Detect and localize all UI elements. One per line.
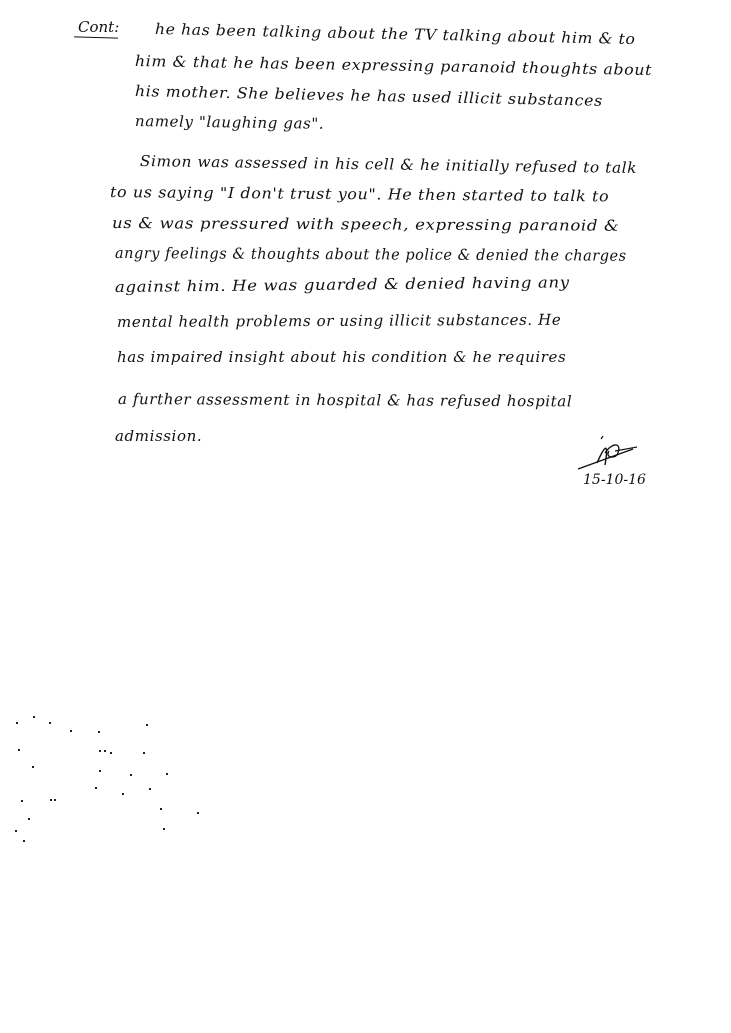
note-line: Simon was assessed in his cell & he init…	[140, 152, 637, 177]
note-line: admission.	[115, 427, 202, 445]
scan-speck	[149, 788, 151, 790]
note-line: namely "laughing gas".	[135, 112, 324, 133]
scan-speck	[18, 749, 20, 751]
scan-speck	[16, 722, 18, 724]
document-page: Cont: he has been talking about the TV t…	[0, 0, 731, 1033]
scan-speck	[28, 818, 30, 820]
note-line: has impaired insight about his condition…	[117, 348, 566, 366]
scan-speck	[49, 722, 51, 724]
scan-speck	[143, 752, 145, 754]
note-line: us & was pressured with speech, expressi…	[112, 214, 619, 235]
note-line: angry feelings & thoughts about the poli…	[115, 244, 627, 265]
scan-speck	[146, 724, 148, 726]
scan-speck	[130, 774, 132, 776]
scan-speck	[99, 770, 101, 772]
note-line: he has been talking about the TV talking…	[155, 20, 636, 48]
scan-speck	[21, 800, 23, 802]
scan-speck	[197, 812, 199, 814]
scan-speck	[54, 799, 56, 801]
note-line: a further assessment in hospital & has r…	[118, 390, 572, 410]
scan-speck	[32, 766, 34, 768]
scan-speck	[166, 773, 168, 775]
scan-speck	[15, 830, 17, 832]
note-line: his mother. She believes he has used ill…	[135, 82, 603, 110]
signature-date: 15-10-16	[583, 472, 646, 488]
note-line: mental health problems or using illicit …	[117, 311, 561, 331]
scan-speck	[70, 730, 72, 732]
scan-speck	[110, 752, 112, 754]
scan-speck	[99, 750, 101, 752]
scan-speck	[163, 828, 165, 830]
signature-icon	[575, 435, 655, 475]
scan-speck	[95, 787, 97, 789]
label-underline	[74, 36, 118, 38]
note-line: against him. He was guarded & denied hav…	[115, 273, 570, 296]
note-line: to us saying "I don't trust you". He the…	[110, 183, 609, 205]
scan-speck	[122, 793, 124, 795]
scan-speck	[160, 808, 162, 810]
scan-speck	[33, 716, 35, 718]
scan-speck	[50, 799, 52, 801]
scan-speck	[104, 750, 106, 752]
continuation-label: Cont:	[78, 18, 119, 36]
scan-speck	[23, 840, 25, 842]
note-line: him & that he has been expressing parano…	[135, 52, 652, 79]
scan-speck	[98, 731, 100, 733]
